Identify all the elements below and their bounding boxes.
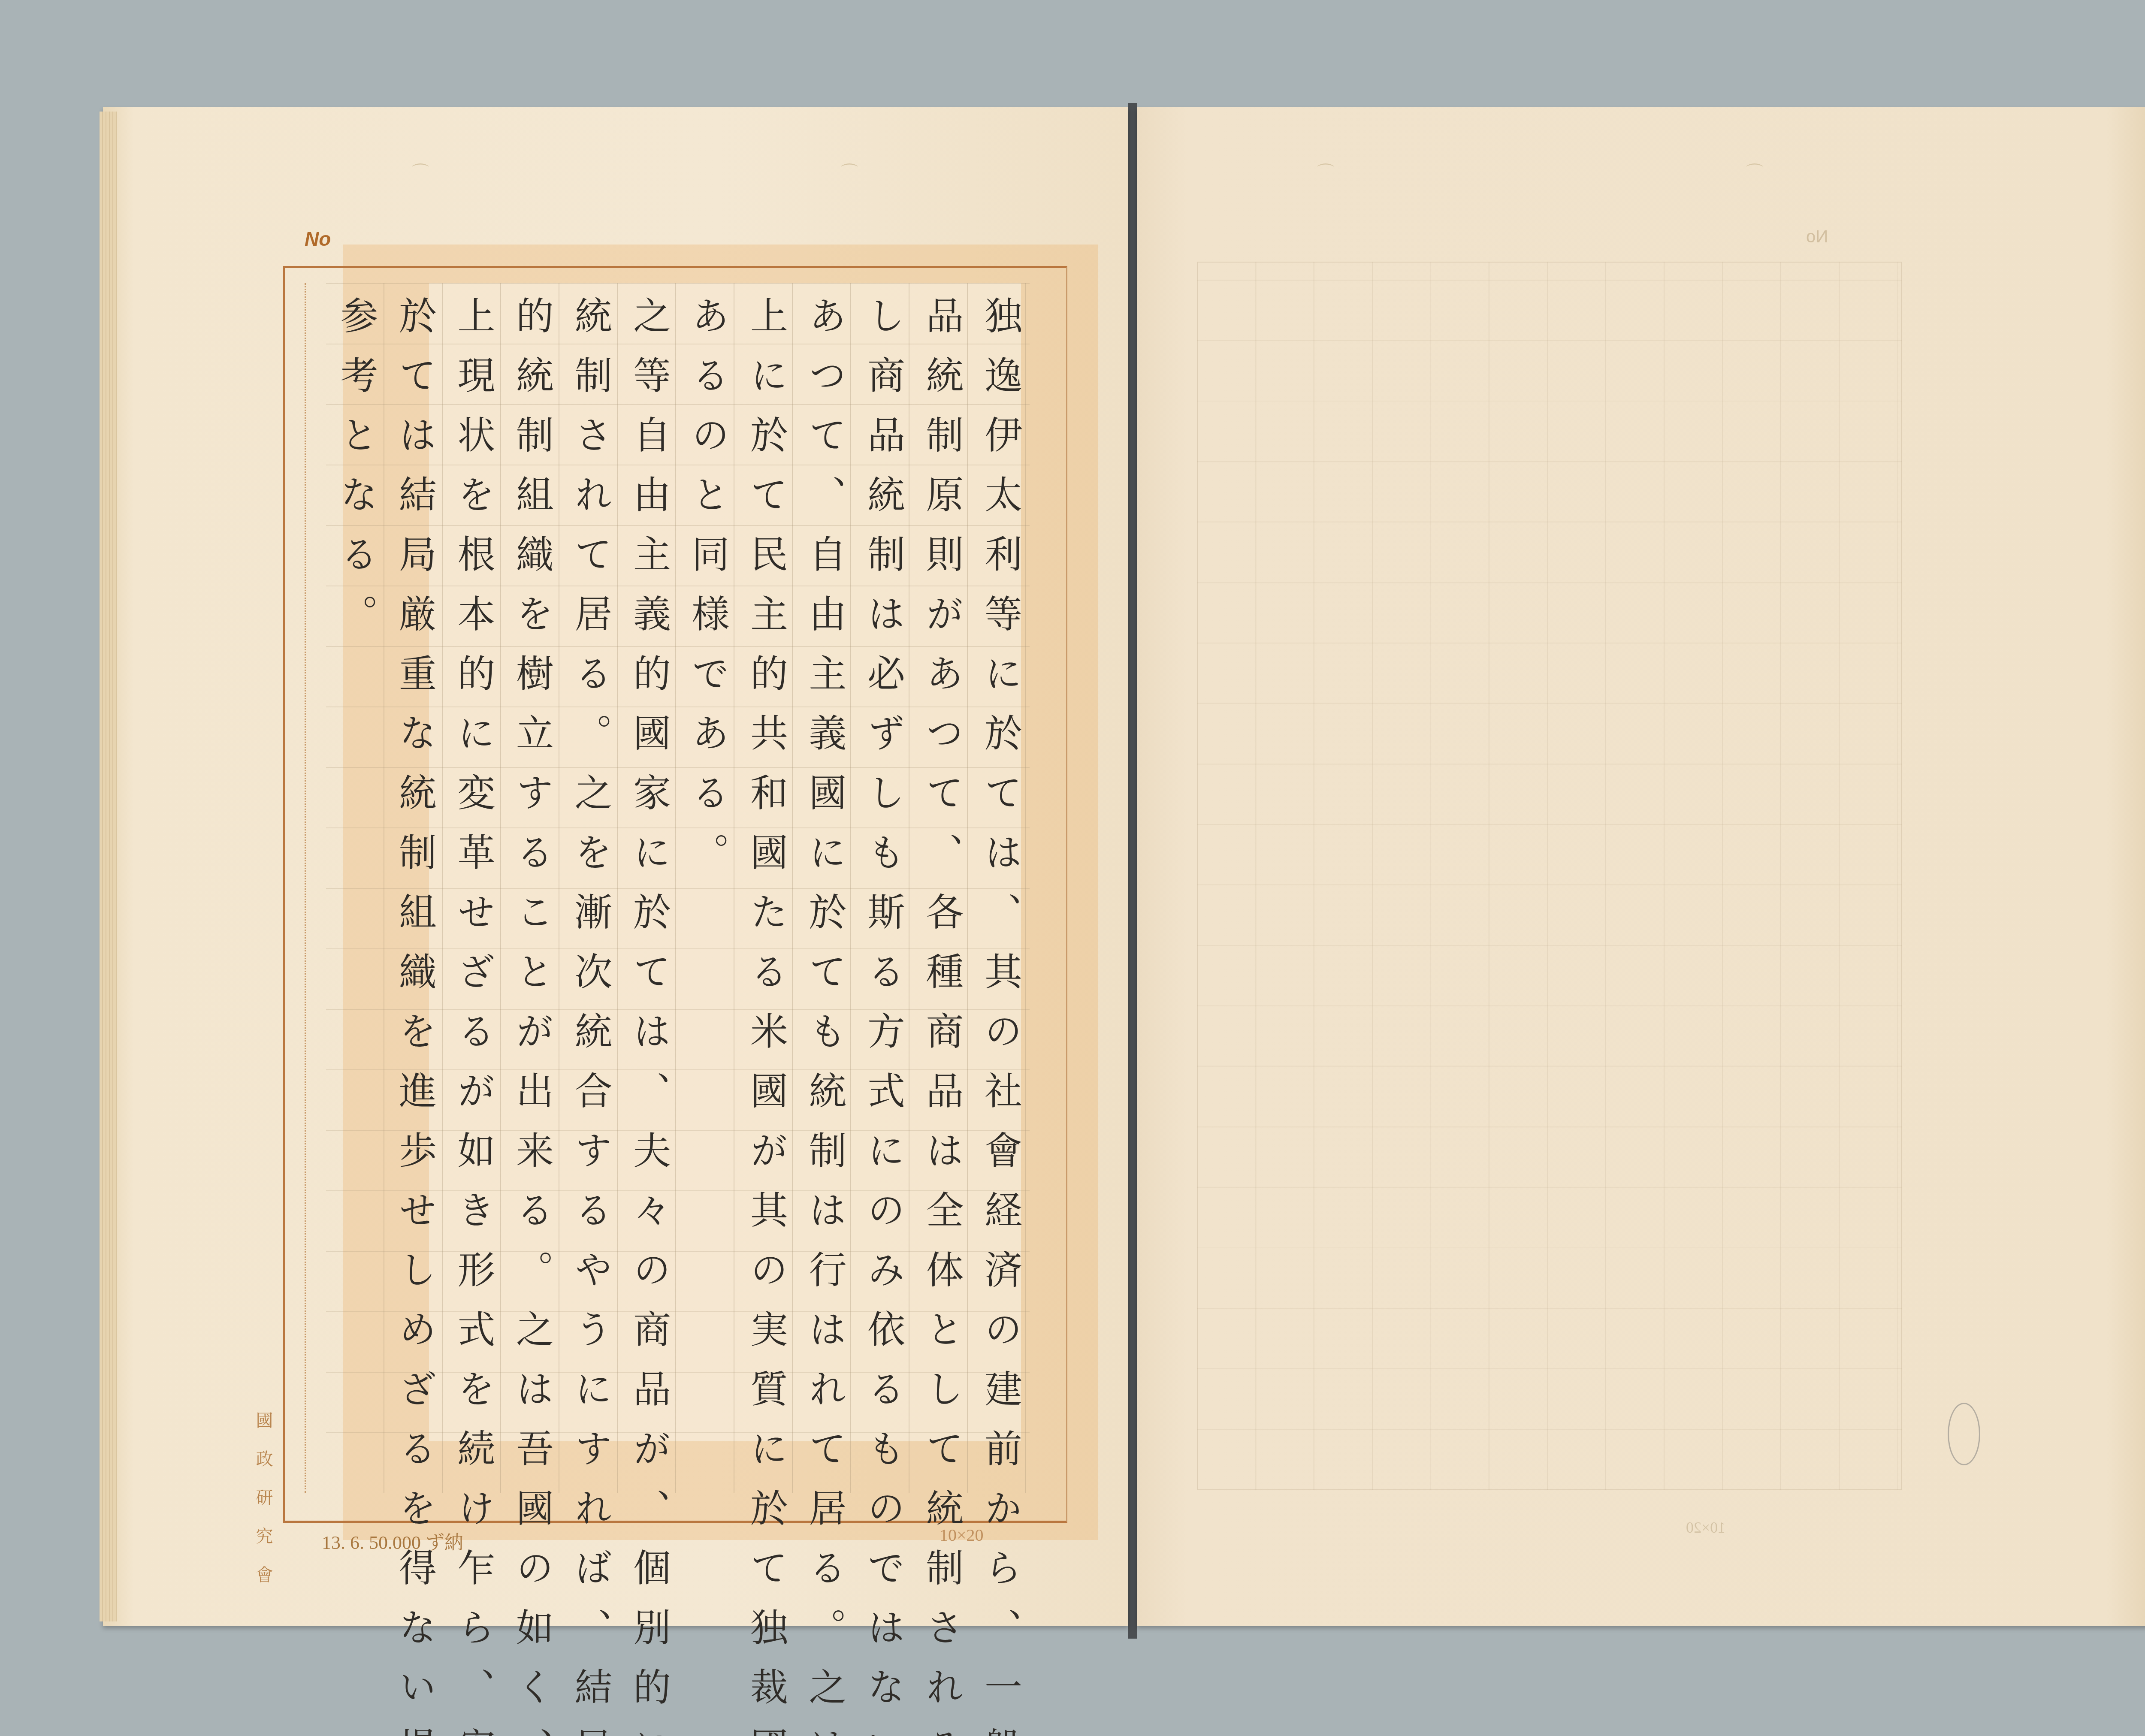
book-spine [1128,103,1137,1639]
print-run-footer: 13. 6. 50.000 ず納 [322,1527,463,1555]
text-column: あるのと同様である。 [678,296,737,1488]
page-edge-stack [100,112,117,1621]
vertical-text-body: 独逸伊太利等に於ては、其の社會経済の建前から、一般商 品統制原則があつて、各種商… [326,296,1030,1488]
grid-size-footer: 10×20 [940,1525,984,1545]
pencil-mark-stamp [1948,1403,1980,1465]
right-page: ⌒ ⌒ No 10×20 [1137,107,2145,1626]
text-column: 参考となる。 [327,296,386,1488]
open-notebook: ⌒ ⌒ No 独逸伊太利等に於ては、其の社會経済の建前から、一般商 品統制原則が… [103,107,2145,1639]
binding-hole-mark: ⌒ [1746,159,1763,183]
text-column: 上に於て民主的共和國たる米國が其の実質に於て独裁國家で [737,296,796,1488]
text-column: 上現状を根本的に変革せざるが如き形式を続け乍ら、実質に [444,296,503,1488]
text-column: 独逸伊太利等に於ては、其の社會経済の建前から、一般商 [971,296,1030,1488]
text-column: し商品統制は必ずしも斯る方式にのみ依るものではないので [854,296,913,1488]
text-column: 的統制組織を樹立することが出来る。之は吾國の如く、表面 [503,296,562,1488]
binding-hole-mark: ⌒ [1317,159,1334,183]
text-column: あつて、自由主義國に於ても統制は行はれて居る。之は政治 [795,296,854,1488]
mirrored-footer: 10×20 [1686,1519,1725,1537]
show-through-grid [1197,262,1902,1490]
publisher-side-label: 國政研究會 [251,1411,275,1604]
text-column: 於ては結局厳重な統制組織を進歩せしめざるを得ない場合に、 [386,296,444,1488]
left-page: ⌒ ⌒ No 独逸伊太利等に於ては、其の社會経済の建前から、一般商 品統制原則が… [103,107,1128,1626]
text-column: 之等自由主義的國家に於ては、夫々の商品が、個別的に [620,296,679,1488]
page-number-label: No [305,227,331,251]
text-column: 統制されて居る。之を漸次統合するやうにすれば、結局綜合 [561,296,620,1488]
mirrored-page-number-label: No [1806,227,1828,247]
binding-hole-mark: ⌒ [412,159,429,183]
binding-hole-mark: ⌒ [841,159,858,183]
text-column: 品統制原則があつて、各種商品は全体として統制される。併 [912,296,971,1488]
